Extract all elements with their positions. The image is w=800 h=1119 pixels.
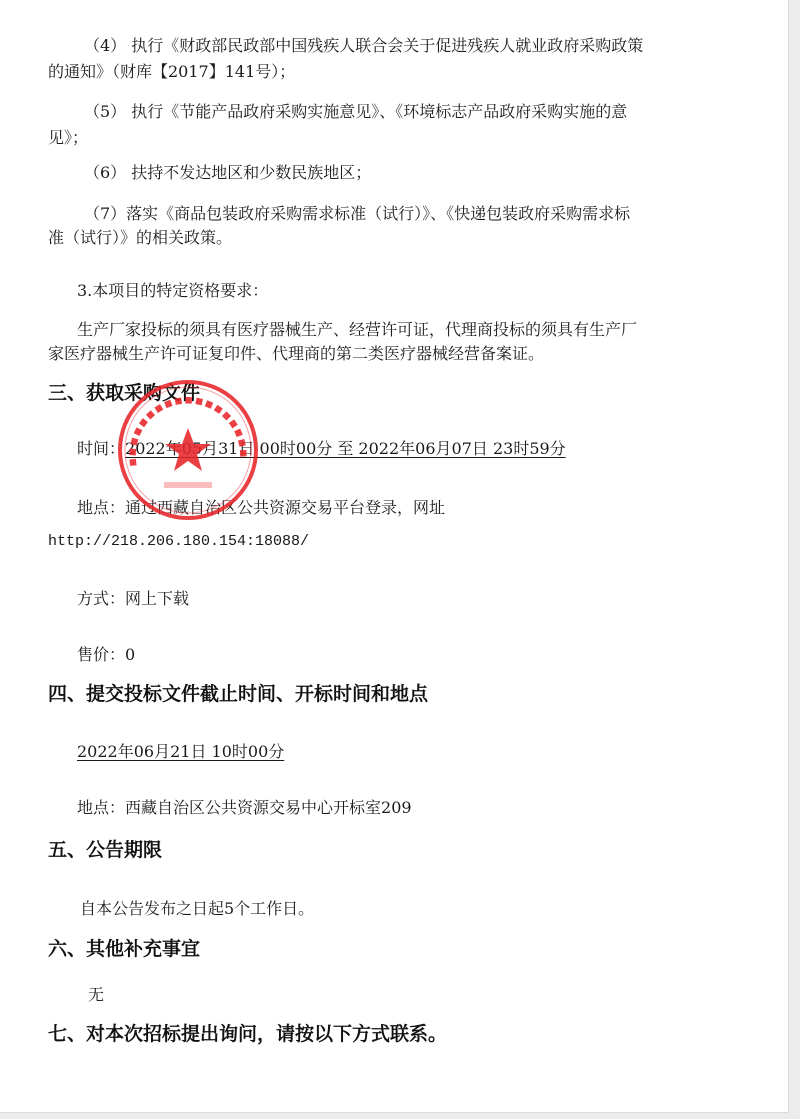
section-3-time: 时间：2022年05月31日 00时00分 至 2022年06月07日 23时5… <box>77 439 566 459</box>
place-value: 通过西藏自治区公共资源交易平台登录，网址 <box>125 498 445 517</box>
policy-item-5-line1: （5） 执行《节能产品政府采购实施意见》、《环境标志产品政府采购实施的意 <box>84 102 627 122</box>
policy-item-7-line1: （7）落实《商品包装政府采购需求标准（试行）》、《快递包装政府采购需求标 <box>84 204 630 224</box>
section-4-place: 地点：西藏自治区公共资源交易中心开标室209 <box>77 798 412 818</box>
section-7-heading: 七、对本次招标提出询问，请按以下方式联系。 <box>48 1022 447 1046</box>
method-value: 网上下载 <box>125 589 189 608</box>
time-value: 2022年05月31日 00时00分 至 2022年06月07日 23时59分 <box>125 439 566 458</box>
policy-item-4-line1: （4） 执行《财政部民政部中国残疾人联合会关于促进残疾人就业政府采购政策 <box>84 36 643 56</box>
opening-place-value: 西藏自治区公共资源交易中心开标室209 <box>125 798 412 817</box>
qualification-text-line2: 家医疗器械生产许可证复印件、代理商的第二类医疗器械经营备案证。 <box>48 344 544 364</box>
section-3-place: 地点：通过西藏自治区公共资源交易平台登录，网址 <box>77 498 445 518</box>
policy-item-6: （6） 扶持不发达地区和少数民族地区； <box>84 163 371 183</box>
price-value: 0 <box>125 645 135 664</box>
document-page: （4） 执行《财政部民政部中国残疾人联合会关于促进残疾人就业政府采购政策 的通知… <box>0 0 789 1113</box>
opening-place-label: 地点： <box>77 798 125 817</box>
place-label: 地点： <box>77 498 125 517</box>
policy-item-5-line2: 见》； <box>48 128 88 148</box>
supplementary-text: 无 <box>88 985 104 1005</box>
deadline-datetime: 2022年06月21日 10时00分 <box>77 742 284 762</box>
qualification-text-line1: 生产厂家投标的须具有医疗器械生产、经营许可证，代理商投标的须具有生产厂 <box>77 320 637 340</box>
section-3-price: 售价：0 <box>77 645 135 665</box>
policy-item-7-line2: 准（试行）》的相关政策。 <box>48 228 232 248</box>
section-4-heading: 四、提交投标文件截止时间、开标时间和地点 <box>48 682 428 706</box>
policy-item-4-line2: 的通知》（财库【2017】141号）； <box>48 62 295 82</box>
qualification-title: 3.本项目的特定资格要求： <box>77 281 268 301</box>
price-label: 售价： <box>77 645 125 664</box>
announcement-period: 自本公告发布之日起5个工作日。 <box>80 899 314 919</box>
platform-url: http://218.206.180.154:18088/ <box>48 532 309 552</box>
section-6-heading: 六、其他补充事宜 <box>48 937 200 961</box>
section-3-method: 方式：网上下载 <box>77 589 189 609</box>
section-5-heading: 五、公告期限 <box>48 838 162 862</box>
section-3-heading: 三、获取采购文件 <box>48 381 200 405</box>
method-label: 方式： <box>77 589 125 608</box>
time-label: 时间： <box>77 439 125 458</box>
